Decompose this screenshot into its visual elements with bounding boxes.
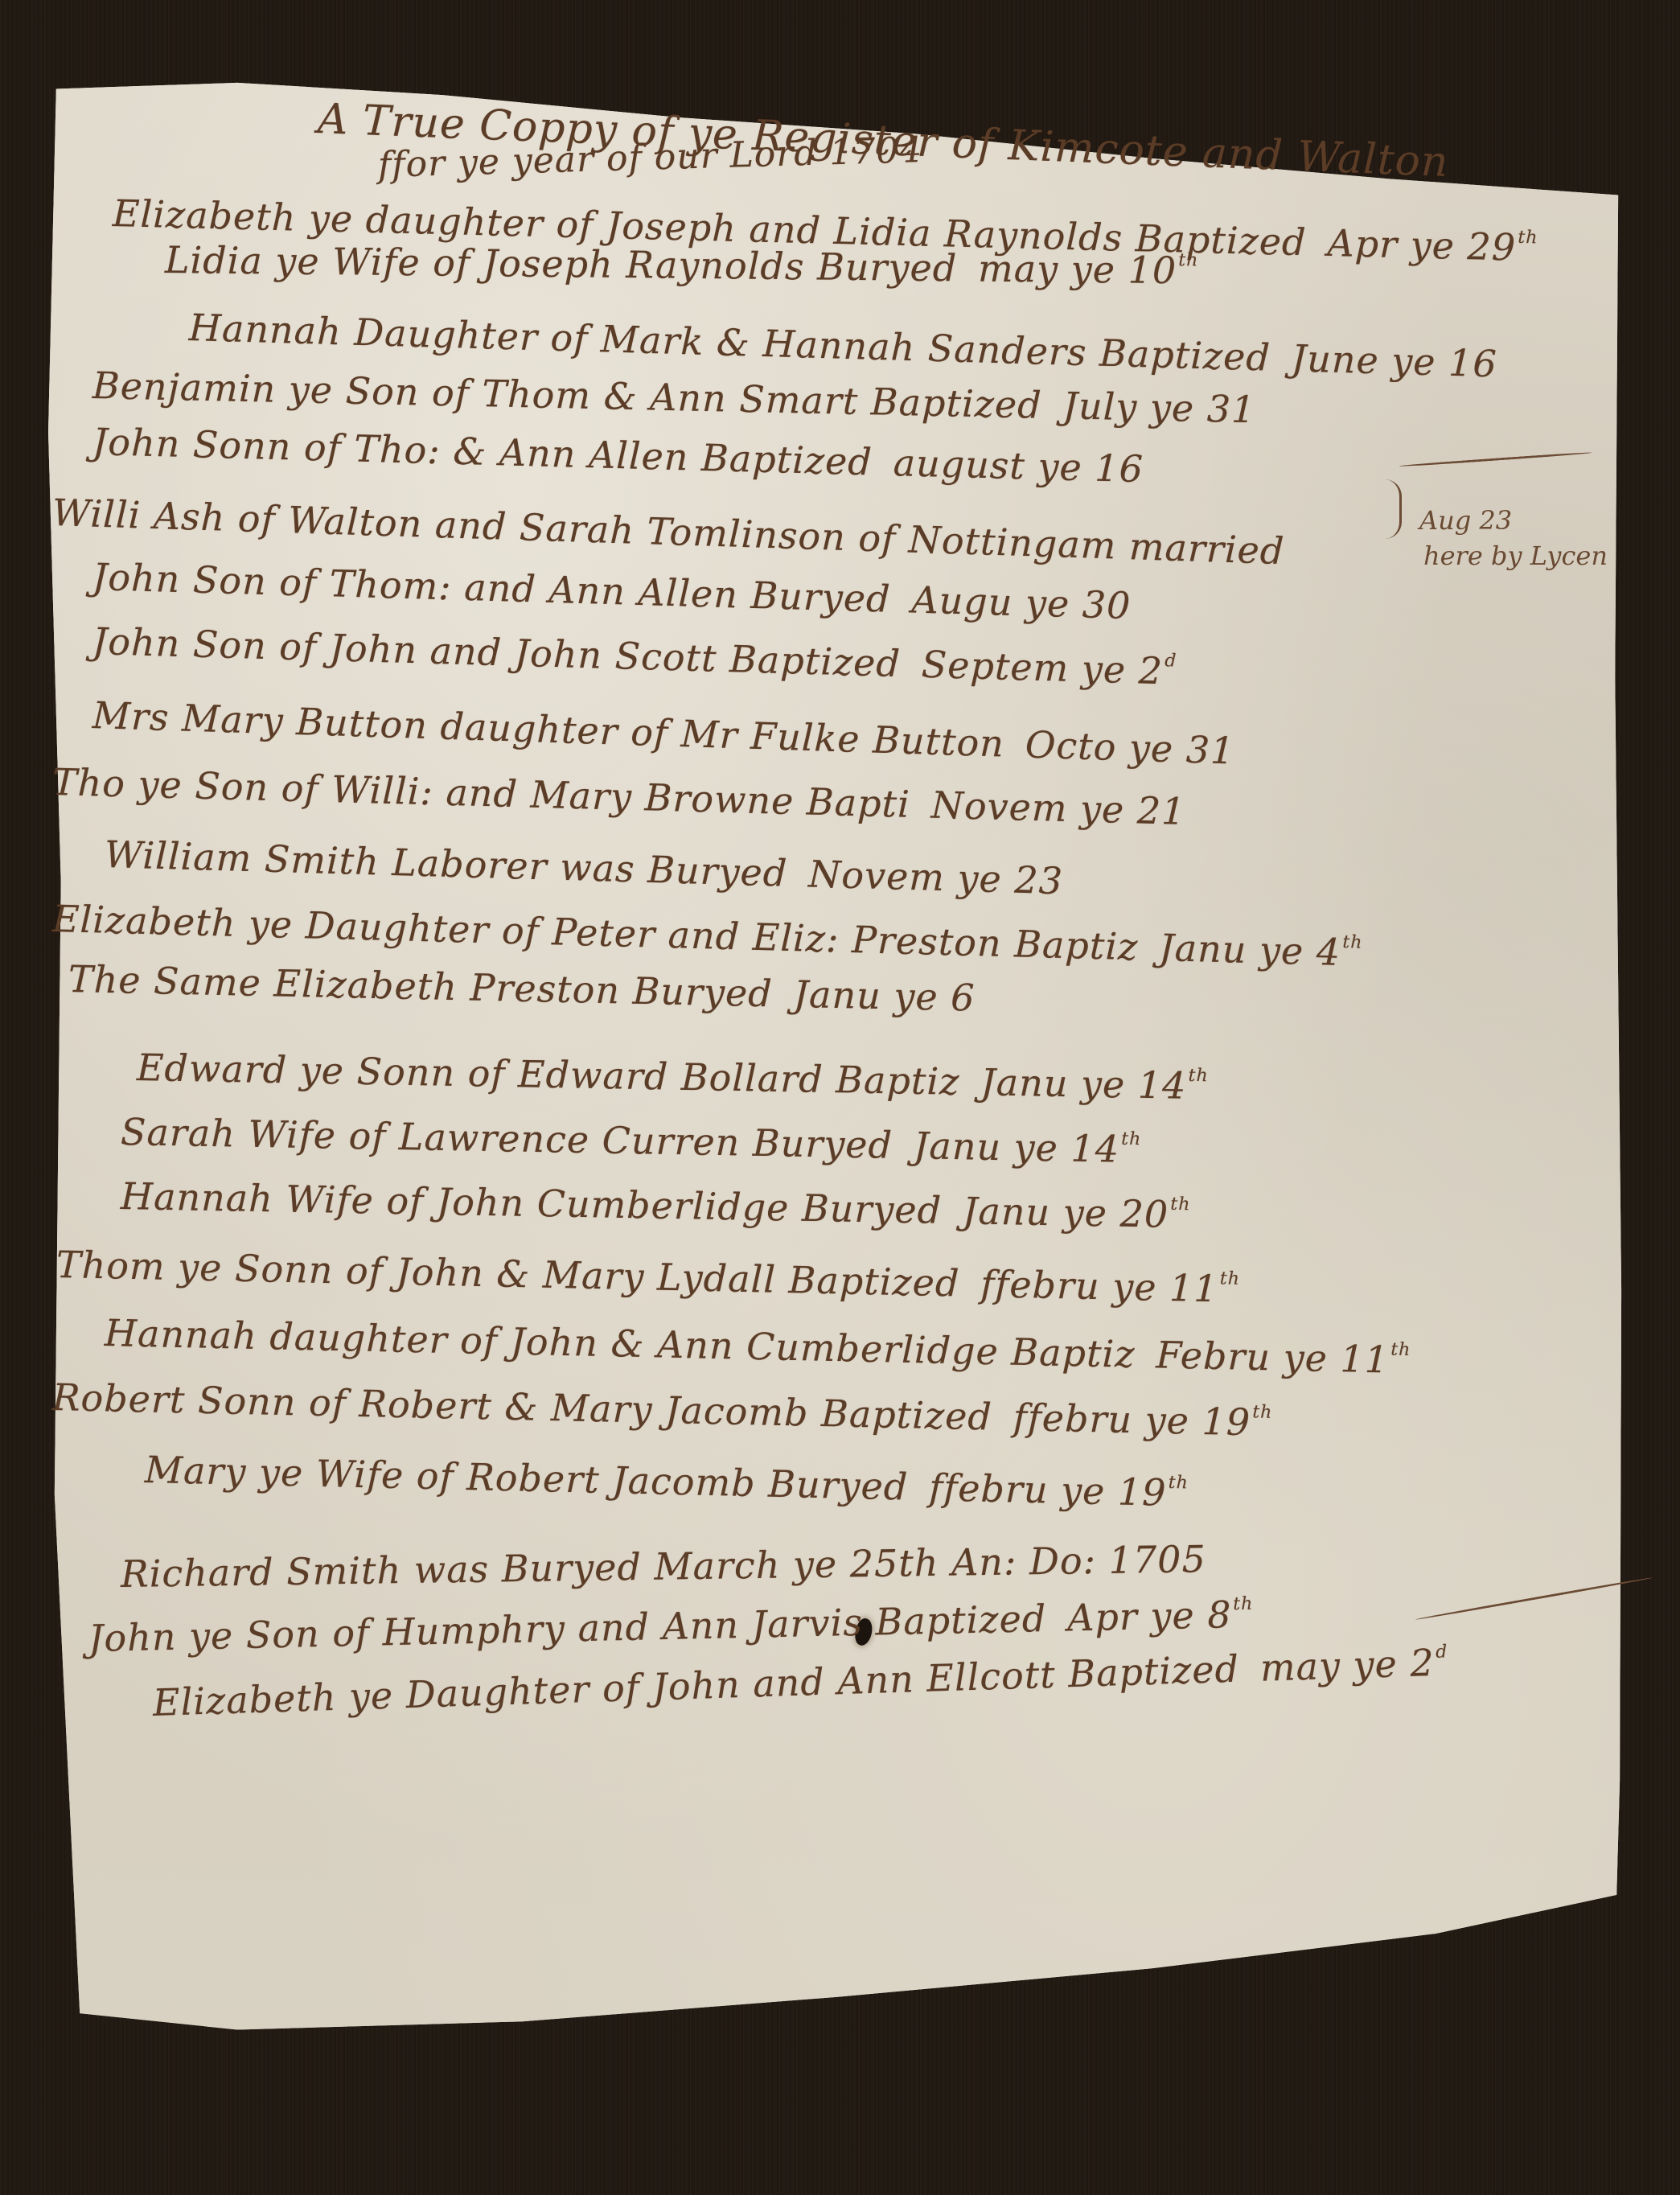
- margin-note-licence: here by Lycen: [1423, 541, 1608, 571]
- margin-bracket: [1385, 479, 1402, 539]
- margin-note-date: Aug 23: [1419, 505, 1512, 536]
